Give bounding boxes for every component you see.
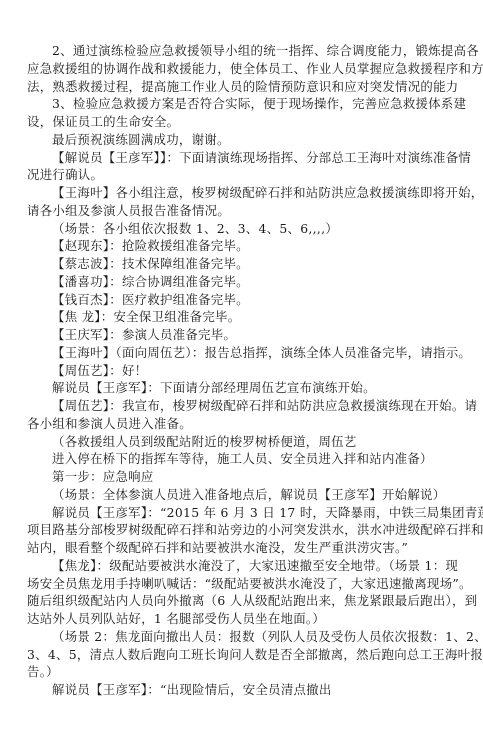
text-line: 【焦龙】：级配站要被洪水淹没了，大家迅速撤至安全地带。（场景 1：现 (27, 557, 453, 575)
text-line: 【王海叶】各小组注意，梭罗树级配碎石拌和站防洪应急救援演练即将开始， (27, 184, 453, 202)
text-line: 请各小组及参演人员报告准备情况。 (27, 202, 453, 220)
text-line: 【潘喜功】：综合协调组准备完毕。 (27, 273, 453, 291)
text-line: 项目路基分部梭罗树级配碎石拌和站旁边的小河突发洪水，洪水冲进级配碎石拌和 (27, 521, 453, 539)
text-line: 法，熟悉救援过程，提高施工作业人员的险情预防意识和应对突发情况的能力 (27, 78, 453, 96)
text-line: 2、通过演练检验应急救援领导小组的统一指挥、综合调度能力，锻炼提高各 (27, 42, 453, 60)
text-line: （各救援组人员到级配站附近的梭罗树桥便道，周伍艺 (27, 433, 453, 451)
text-line: 第一步：应急响应 (27, 468, 453, 486)
text-line: 进入停在桥下的指挥车等待，施工人员、安全员进入拌和站内准备） (27, 450, 453, 468)
text-line: 达站外人员列队站好，1 名腿部受伤人员坐在地面。） (27, 610, 453, 628)
text-line: 【王海叶】（面向周伍艺）：报告总指挥，演练全体人员准备完毕，请指示。 (27, 344, 453, 362)
text-line: 【王庆军】：参演人员准备完毕。 (27, 326, 453, 344)
text-line: 解说员【王彦军】：“2015 年 6 月 3 日 17 时，天降暴雨，中铁三局集… (27, 504, 453, 522)
text-line: 解说员【王彦军】：下面请分部经理周伍艺宣布演练开始。 (27, 379, 453, 397)
text-line: 况进行确认。 (27, 166, 453, 184)
text-line: 最后预祝演练圆满成功，谢谢。 (27, 131, 453, 149)
text-line: 【蔡志波】：技术保障组准备完毕。 (27, 255, 453, 273)
text-line: （场景：各小组依次报数 1、2、3、4、5、6,,,,） (27, 220, 453, 238)
text-line: 告。） (27, 663, 453, 681)
text-line: 场安全员焦龙用手持喇叭喊话：“级配站要被洪水淹没了，大家迅速撤离现场”。 (27, 575, 453, 593)
text-line: （场景：全体参演人员进入准备地点后，解说员【王彦军】开始解说） (27, 486, 453, 504)
text-line: 【解说员【王彦军】】：下面请演练现场指挥、分部总工王海叶对演练准备情 (27, 149, 453, 167)
text-line: 解说员【王彦军】：“出现险情后，安全员清点撤出 (27, 681, 453, 699)
text-line: 【赵现东】：抢险救援组准备完毕。 (27, 237, 453, 255)
text-line: 随后组织级配站内人员向外撤离（6 人从级配站跑出来，焦龙紧跟最后跑出），到 (27, 592, 453, 610)
text-line: 设，保证员工的生命安全。 (27, 113, 453, 131)
text-line: 【钱百杰】：医疗救护组准备完毕。 (27, 291, 453, 309)
text-line: 【焦 龙】：安全保卫组准备完毕。 (27, 308, 453, 326)
text-line: 3、检验应急救援方案是否符合实际，便于现场操作，完善应急救援体系建 (27, 95, 453, 113)
text-line: 【周伍艺】：好！ (27, 362, 453, 380)
text-line: 站内，眼看整个级配碎石拌和站要被洪水淹没，发生严重洪涝灾害。” (27, 539, 453, 557)
text-line: 应急救援组的协调作战和救援能力，使全体员工、作业人员掌握应急救援程序和方 (27, 60, 453, 78)
text-line: 【周伍艺】：我宣布，梭罗树级配碎石拌和站防洪应急救援演练现在开始。请 (27, 397, 453, 415)
text-line: 各小组和参演人员进入准备。 (27, 415, 453, 433)
document-body: 2、通过演练检验应急救援领导小组的统一指挥、综合调度能力，锻炼提高各应急救援组的… (27, 42, 453, 699)
text-line: （场景 2：焦龙面向撤出人员：报数（列队人员及受伤人员依次报数：1、2、 (27, 628, 453, 646)
text-line: 3、4、5，清点人数后跑向工班长询问人数是否全部撤离，然后跑向总工王海叶报 (27, 646, 453, 664)
